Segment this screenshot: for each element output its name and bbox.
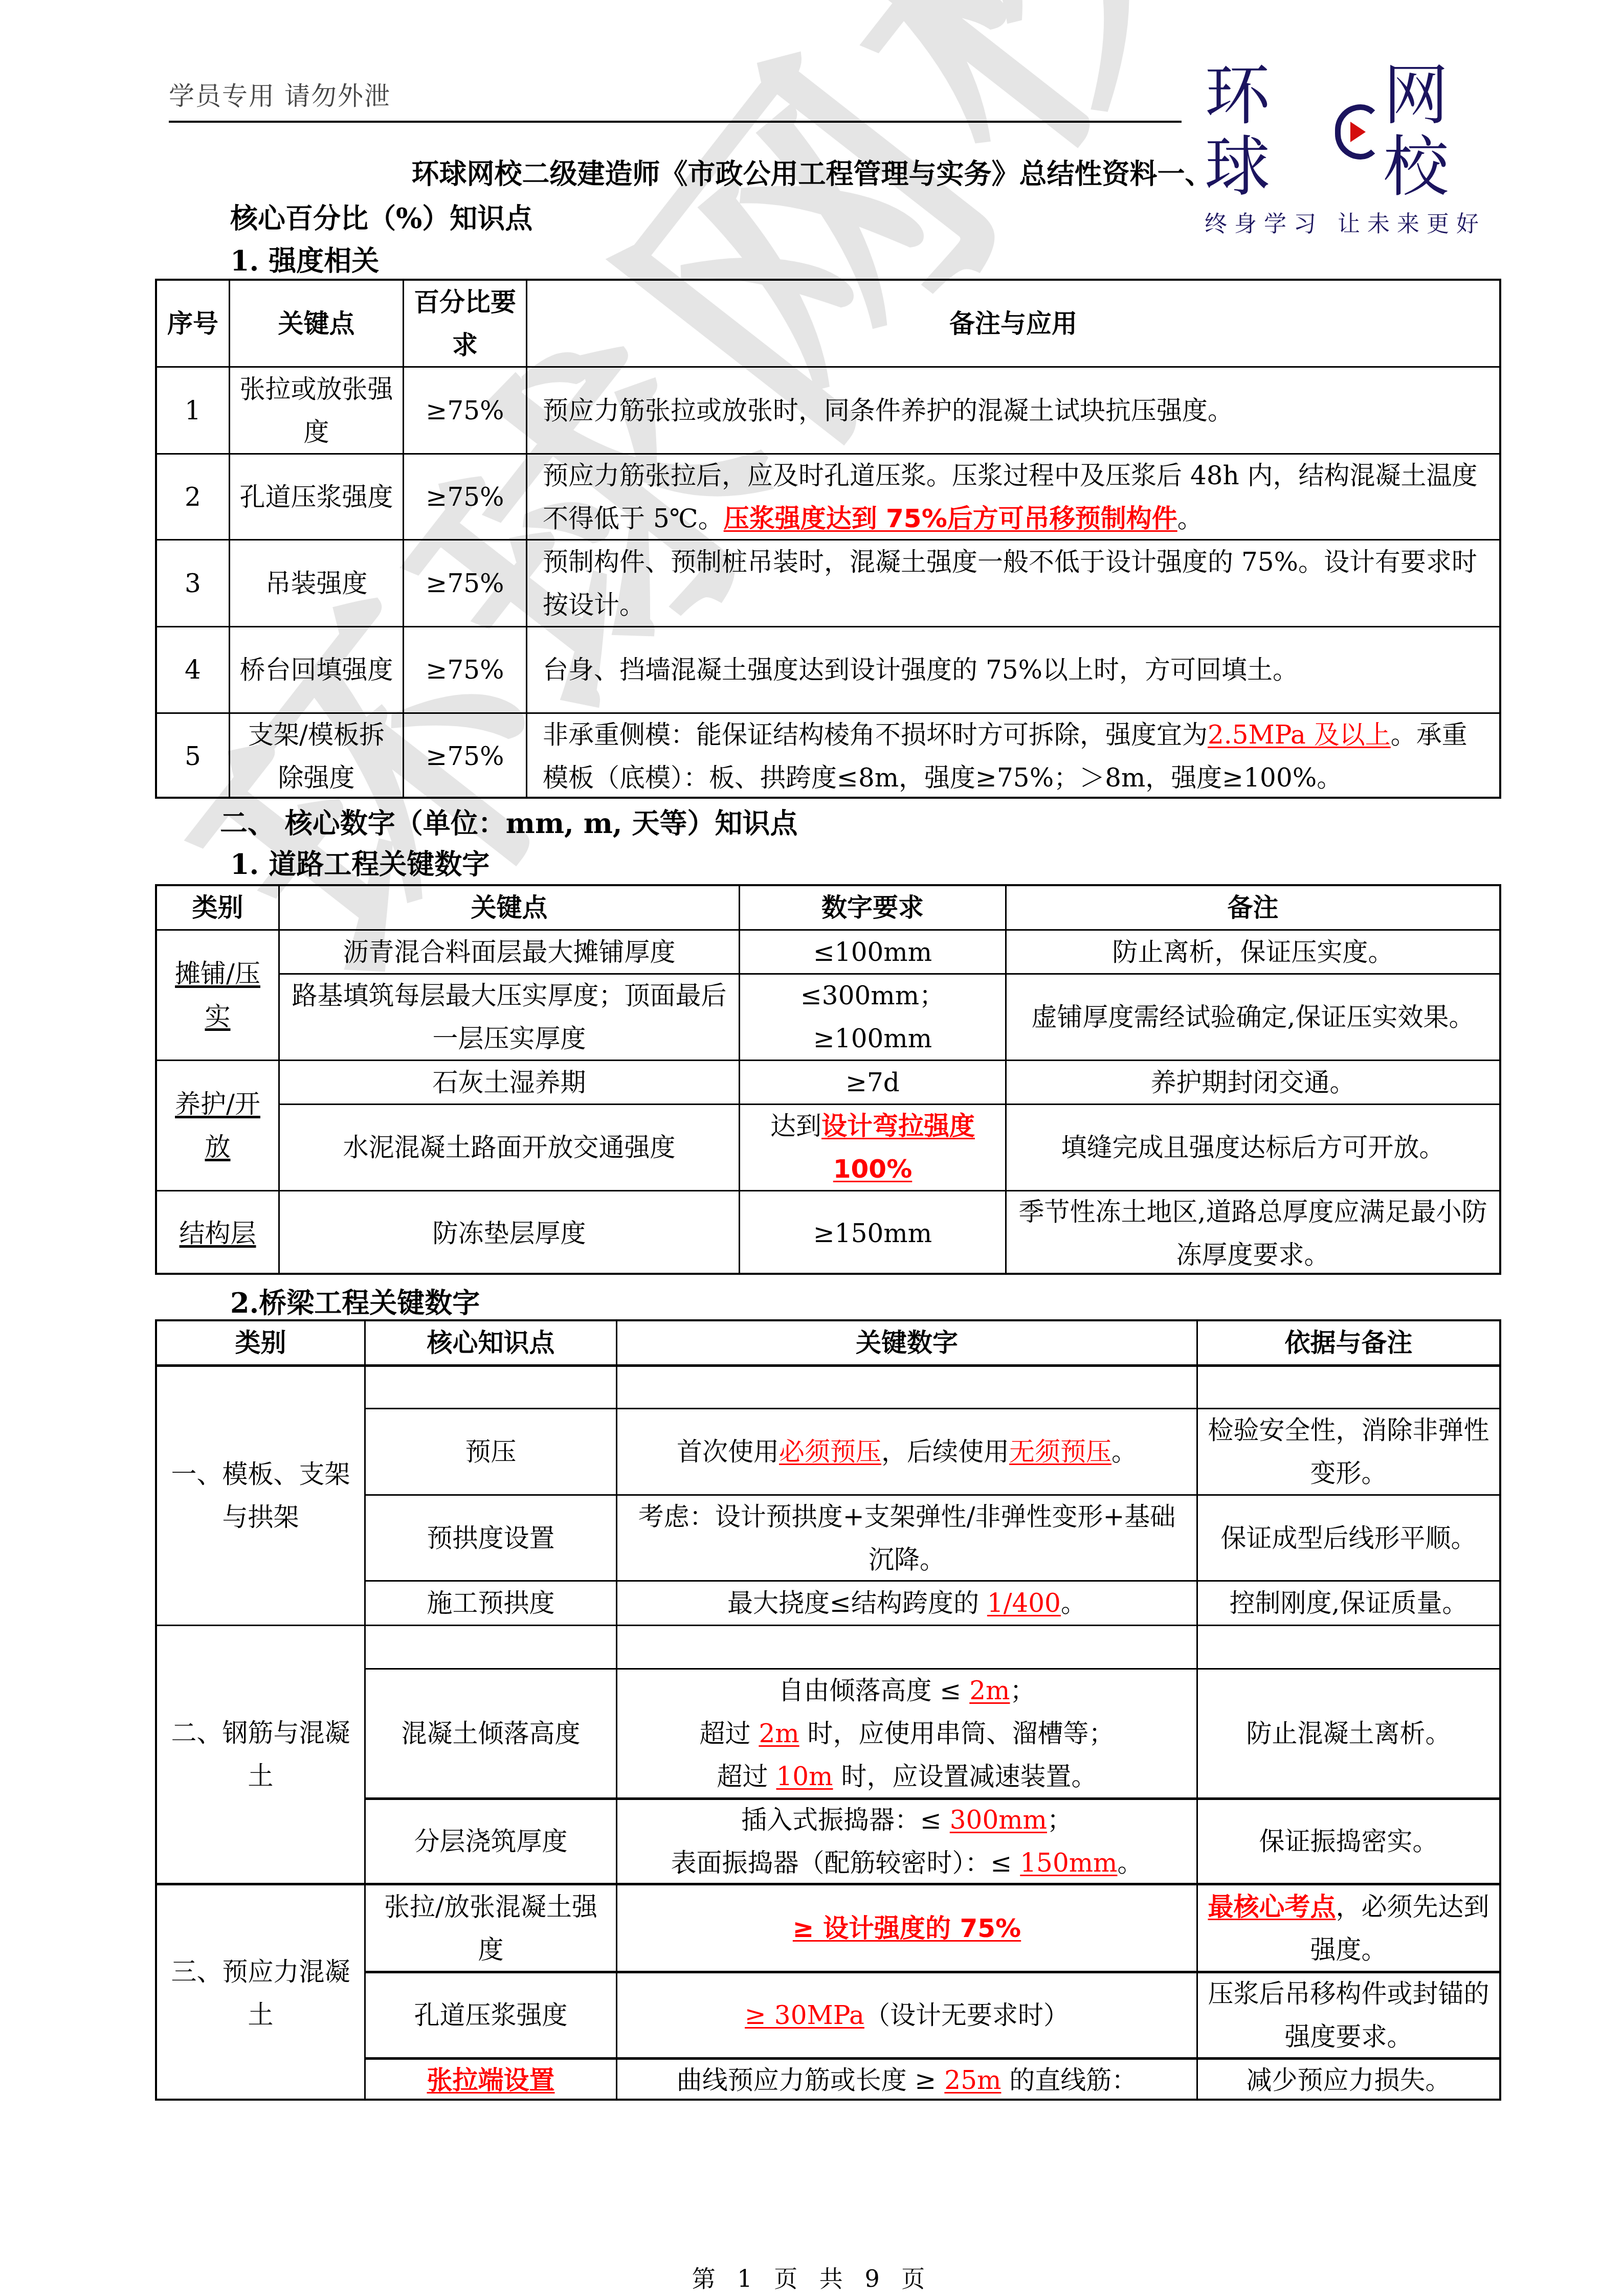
value-text: 。 — [1118, 1848, 1143, 1878]
row-key: 桥台回填强度 — [230, 627, 403, 712]
value-text: 最大挠度≤结构跨度的 — [727, 1588, 987, 1618]
row-pct: ≥75% — [404, 714, 526, 799]
row-note: 非承重侧模：能保证结构棱角不损坏时方可拆除，强度宜为2.5MPa 及以上。承重模… — [527, 714, 1499, 799]
value-text: 超过 — [699, 1719, 759, 1748]
value-text: 。 — [1061, 1588, 1086, 1618]
document-title: 环球网校二级建造师《市政公用工程管理与实务》总结性资料一、 — [0, 152, 1624, 192]
road-heading: 1. 道路工程关键数字 — [230, 843, 490, 882]
category-cell: 摊铺/压实 — [157, 931, 278, 1060]
value-highlight: 150mm — [1020, 1848, 1117, 1878]
category-label: 养护/开放 — [165, 1083, 270, 1168]
row-note: 防止离析，保证压实度。 — [1007, 931, 1499, 973]
row-key: 施工预拱度 — [366, 1582, 616, 1625]
col-header-note: 备注与应用 — [527, 281, 1499, 366]
row-key: 水泥混凝土路面开放交通强度 — [280, 1105, 739, 1190]
row-value — [617, 1626, 1196, 1668]
row-value: 自由倾落高度 ≤ 2m； 超过 2m 时，应使用串筒、溜槽等； 超过 10m 时… — [617, 1670, 1196, 1797]
value-line: 超过 2m 时，应使用串筒、溜槽等； — [699, 1712, 1114, 1755]
row-note: 预应力筋张拉后，应及时孔道压浆。压浆过程中及压浆后 48h 内，结构混凝土温度不… — [527, 455, 1499, 539]
row-note: 最核心考点，必须先达到强度。 — [1198, 1885, 1499, 1971]
row-key: 张拉端设置 — [366, 2060, 616, 2101]
section-1-1-heading: 1. 强度相关 — [230, 239, 379, 279]
row-value: 达到设计弯拉强度 100% — [740, 1105, 1005, 1190]
value-line: 插入式振捣器：≤ 300mm； — [741, 1798, 1073, 1841]
play-icon — [1335, 104, 1382, 160]
value-highlight: 1/400 — [987, 1588, 1061, 1618]
row-value: ≤100mm — [740, 931, 1005, 973]
row-value: 最大挠度≤结构跨度的 1/400。 — [617, 1582, 1196, 1625]
row-note: 压浆后吊移构件或封锚的强度要求。 — [1198, 1973, 1499, 2057]
value-text: 表面振捣器（配筋较密时）：≤ — [671, 1848, 1020, 1878]
row-value: ≥ 30MPa（设计无要求时） — [617, 1973, 1196, 2057]
row-key: 张拉/放张混凝土强度 — [366, 1885, 616, 1971]
value-text: 时，应设置减速装置。 — [833, 1762, 1097, 1791]
row-value: ≤300mm；≥100mm — [740, 975, 1005, 1060]
value-highlight: 25m — [944, 2065, 1001, 2095]
row-no: 5 — [157, 714, 229, 799]
row-value: 首次使用必须预压，后续使用无须预压。 — [617, 1409, 1196, 1494]
bridge-numbers-table: 类别 核心知识点 关键数字 依据与备注 一、模板、支架与拱架 预压 首次使用必须… — [155, 1319, 1501, 2101]
value-line: 表面振捣器（配筋较密时）：≤ 150mm。 — [671, 1841, 1143, 1884]
row-key: 预压 — [366, 1409, 616, 1494]
bridge-heading: 2.桥梁工程关键数字 — [230, 1281, 480, 1321]
row-note: 控制刚度,保证质量。 — [1198, 1582, 1499, 1625]
value-highlight: ≥ 设计强度的 75% — [793, 1907, 1021, 1950]
header-divider — [169, 121, 1182, 123]
row-note: 虚铺厚度需经试验确定,保证压实效果。 — [1007, 975, 1499, 1060]
row-key — [366, 1367, 616, 1408]
header-confidential-note: 学员专用 请勿外泄 — [169, 76, 391, 112]
section-2-heading: 二、 核心数字（单位：mm, m, 天等）知识点 — [220, 802, 797, 841]
row-note: 保证振捣密实。 — [1198, 1800, 1499, 1883]
value-text: ； — [1010, 1676, 1035, 1705]
value-text: 插入式振捣器：≤ — [741, 1805, 950, 1835]
row-note — [1198, 1367, 1499, 1408]
row-key: 防冻垫层厚度 — [280, 1191, 739, 1275]
row-pct: ≥75% — [404, 368, 526, 453]
brand-logo: 环球 网校 终身学习 让未来更好 — [1205, 60, 1511, 157]
row-value: ≥150mm — [740, 1191, 1005, 1275]
col-header-category: 类别 — [157, 1321, 364, 1364]
row-key: 沥青混合料面层最大摊铺厚度 — [280, 931, 739, 973]
col-header-key: 核心知识点 — [366, 1321, 616, 1364]
value-text: 首次使用 — [677, 1437, 779, 1467]
value-highlight: 300mm — [950, 1805, 1047, 1835]
row-key: 混凝土倾落高度 — [366, 1670, 616, 1797]
strength-table: 序号 关键点 百分比要求 备注与应用 1 张拉或放张强度 ≥75% 预应力筋张拉… — [155, 279, 1501, 799]
value-highlight: ≥ 30MPa — [745, 2000, 864, 2030]
row-key: 张拉或放张强度 — [230, 368, 403, 453]
value-text: ，后续使用 — [881, 1437, 1009, 1467]
value-line: 超过 10m 时，应设置减速装置。 — [717, 1755, 1097, 1798]
value-text: （设计无要求时） — [864, 2000, 1069, 2030]
row-note: 保证成型后线形平顺。 — [1198, 1496, 1499, 1580]
category-cell: 一、模板、支架与拱架 — [157, 1367, 364, 1625]
value-text: 曲线预应力筋或长度 ≥ — [677, 2065, 945, 2095]
row-value: ≥ 设计强度的 75% — [617, 1885, 1196, 1971]
row-no: 4 — [157, 627, 229, 712]
key-highlight: 张拉端设置 — [427, 2059, 555, 2102]
col-header-key: 关键点 — [230, 281, 403, 366]
row-note: 防止混凝土离析。 — [1198, 1670, 1499, 1797]
value-highlight: 无须预压 — [1009, 1437, 1111, 1467]
category-cell: 结构层 — [157, 1191, 278, 1275]
value-highlight: 2m — [759, 1719, 799, 1748]
row-value: 插入式振捣器：≤ 300mm； 表面振捣器（配筋较密时）：≤ 150mm。 — [617, 1800, 1196, 1883]
row-value: 曲线预应力筋或长度 ≥ 25m 的直线筋： — [617, 2060, 1196, 2101]
row-no: 2 — [157, 455, 229, 539]
row-key: 分层浇筑厚度 — [366, 1800, 616, 1883]
row-key: 吊装强度 — [230, 541, 403, 626]
row-key: 支架/模板拆除强度 — [230, 714, 403, 799]
row-note: 填缝完成且强度达标后方可开放。 — [1007, 1105, 1499, 1190]
play-triangle-icon — [1350, 122, 1366, 142]
row-key — [366, 1626, 616, 1668]
note-highlight: 2.5MPa 及以上 — [1208, 720, 1391, 750]
row-note: 季节性冻土地区,道路总厚度应满足最小防冻厚度要求。 — [1007, 1191, 1499, 1275]
value-text: 时，应使用串筒、溜槽等； — [799, 1719, 1115, 1748]
row-pct: ≥75% — [404, 455, 526, 539]
section-1-heading: 核心百分比（%）知识点 — [230, 197, 532, 236]
value-text: 自由倾落高度 ≤ — [778, 1676, 970, 1705]
col-header-note: 备注 — [1007, 886, 1499, 929]
row-note: 检验安全性，消除非弹性变形。 — [1198, 1409, 1499, 1494]
page-number: 第 1 页 共 9 页 — [0, 2260, 1624, 2294]
row-note: 台身、挡墙混凝土强度达到设计强度的 75%以上时，方可回填土。 — [527, 627, 1499, 712]
col-header-value: 数字要求 — [740, 886, 1005, 929]
value-text: 达到 — [770, 1111, 821, 1141]
value-text: 超过 — [717, 1762, 776, 1791]
row-key: 石灰土湿养期 — [280, 1061, 739, 1104]
value-line: 自由倾落高度 ≤ 2m； — [778, 1669, 1036, 1712]
row-pct: ≥75% — [404, 627, 526, 712]
col-header-no: 序号 — [157, 281, 229, 366]
category-cell: 养护/开放 — [157, 1061, 278, 1190]
row-key: 孔道压浆强度 — [366, 1973, 616, 2057]
col-header-pct: 百分比要求 — [404, 281, 526, 366]
value-highlight: 必须预压 — [779, 1437, 881, 1467]
value-highlight: 设计弯拉强度 100% — [821, 1111, 975, 1184]
row-key: 预拱度设置 — [366, 1496, 616, 1580]
col-header-note: 依据与备注 — [1198, 1321, 1499, 1364]
row-no: 3 — [157, 541, 229, 626]
road-numbers-table: 类别 关键点 数字要求 备注 摊铺/压实 沥青混合料面层最大摊铺厚度 ≤100m… — [155, 884, 1501, 1275]
logo-slogan: 终身学习 让未来更好 — [1205, 206, 1511, 238]
row-pct: ≥75% — [404, 541, 526, 626]
row-note: 养护期封闭交通。 — [1007, 1061, 1499, 1104]
row-value: ≥7d — [740, 1061, 1005, 1104]
note-highlight: 压浆强度达到 75%后方可吊移预制构件 — [724, 504, 1177, 533]
value-highlight: 2m — [969, 1676, 1010, 1705]
row-key: 孔道压浆强度 — [230, 455, 403, 539]
note-text: 非承重侧模：能保证结构棱角不损坏时方可拆除，强度宜为 — [543, 720, 1208, 750]
value-text: ； — [1047, 1805, 1073, 1835]
value-highlight: 10m — [776, 1762, 833, 1791]
note-highlight: 最核心考点 — [1208, 1892, 1336, 1922]
row-value — [617, 1367, 1196, 1408]
row-note: 预应力筋张拉或放张时，同条件养护的混凝土试块抗压强度。 — [527, 368, 1499, 453]
category-label: 摊铺/压实 — [165, 952, 270, 1038]
row-value: 考虑：设计预拱度+支架弹性/非弹性变形+基础沉降。 — [617, 1496, 1196, 1580]
category-cell: 二、钢筋与混凝土 — [157, 1626, 364, 1883]
row-key: 路基填筑每层最大压实厚度；顶面最后一层压实厚度 — [280, 975, 739, 1060]
row-note — [1198, 1626, 1499, 1668]
note-text: ，必须先达到强度。 — [1310, 1892, 1489, 1965]
col-header-value: 关键数字 — [617, 1321, 1196, 1364]
note-text: 。 — [1177, 504, 1203, 533]
category-label: 结构层 — [180, 1212, 256, 1255]
value-text: 的直线筋： — [1001, 2065, 1137, 2095]
row-note: 预制构件、预制桩吊装时，混凝土强度一般不低于设计强度的 75%。设计有要求时按设… — [527, 541, 1499, 626]
row-note: 减少预应力损失。 — [1198, 2060, 1499, 2101]
category-cell: 三、预应力混凝土 — [157, 1885, 364, 2101]
col-header-key: 关键点 — [280, 886, 739, 929]
col-header-category: 类别 — [157, 886, 278, 929]
value-text: 。 — [1111, 1437, 1137, 1467]
row-no: 1 — [157, 368, 229, 453]
